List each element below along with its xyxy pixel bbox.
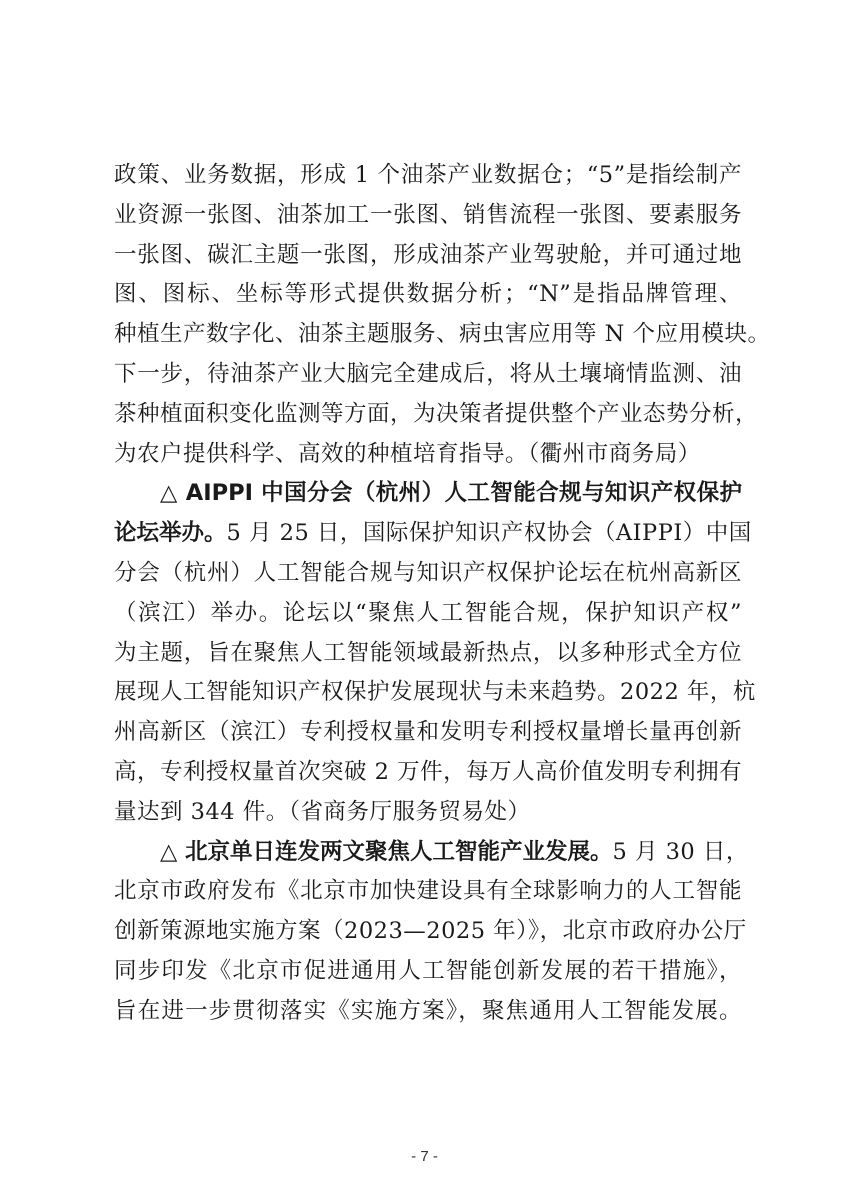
text-line: 分会（杭州）人工智能合规与知识产权保护论坛在杭州高新区: [114, 554, 742, 594]
paragraph-aippi-forum: △ AIPPI 中国分会（杭州）人工智能合规与知识产权保护 论坛举办。5 月 2…: [114, 474, 742, 832]
text-line: 下一步，待油茶产业大脑完全建成后，将从土壤墒情监测、油: [114, 355, 742, 395]
page-number: - 7 -: [0, 1148, 849, 1165]
headline-line: △ AIPPI 中国分会（杭州）人工智能合规与知识产权保护: [114, 474, 742, 514]
document-page: 政策、业务数据，形成 1 个油茶产业数据仓；“5”是指绘制产 业资源一张图、油茶…: [0, 0, 849, 1200]
text-line: （滨江）举办。论坛以“聚焦人工智能合规，保护知识产权”: [114, 594, 742, 634]
text-line: 创新策源地实施方案（2023—2025 年）》，北京市政府办公厅: [114, 912, 742, 952]
text-line: 一张图、碳汇主题一张图，形成油茶产业驾驶舱，并可通过地: [114, 236, 742, 276]
headline-text: 论坛举办。: [114, 520, 227, 546]
text-line: 展现人工智能知识产权保护发展现状与未来趋势。2022 年，杭: [114, 673, 742, 713]
text-line: 为主题，旨在聚焦人工智能领域最新热点，以多种形式全方位: [114, 634, 742, 674]
text-line: 茶种植面积变化监测等方面，为决策者提供整个产业态势分析，: [114, 395, 742, 435]
text-line: 州高新区（滨江）专利授权量和发明专利授权量增长量再创新: [114, 713, 742, 753]
headline-text: 北京单日连发两文聚焦人工智能产业发展。: [185, 839, 613, 865]
text-line: 北京市政府发布《北京市加快建设具有全球影响力的人工智能: [114, 872, 742, 912]
document-body: 政策、业务数据，形成 1 个油茶产业数据仓；“5”是指绘制产 业资源一张图、油茶…: [114, 156, 742, 1032]
triangle-bullet-icon: △: [160, 839, 177, 865]
text-line: 业资源一张图、油茶加工一张图、销售流程一张图、要素服务: [114, 196, 742, 236]
text-line: 高，专利授权量首次突破 2 万件，每万人高价值发明专利拥有: [114, 753, 742, 793]
text-line: 图、图标、坐标等形式提供数据分析；“N”是指品牌管理、: [114, 275, 742, 315]
body-text: 5 月 30 日，: [612, 839, 748, 865]
text-line: 为农户提供科学、高效的种植培育指导。（衢州市商务局）: [114, 435, 742, 475]
text-line: 论坛举办。5 月 25 日，国际保护知识产权协会（AIPPI）中国: [114, 514, 742, 554]
headline-line: △ 北京单日连发两文聚焦人工智能产业发展。5 月 30 日，: [114, 833, 742, 873]
text-line: 政策、业务数据，形成 1 个油茶产业数据仓；“5”是指绘制产: [114, 156, 742, 196]
text-line: 旨在进一步贯彻落实《实施方案》，聚焦通用人工智能发展。: [114, 992, 742, 1032]
text-line: 量达到 344 件。（省商务厅服务贸易处）: [114, 793, 742, 833]
paragraph-oil-tea-brain: 政策、业务数据，形成 1 个油茶产业数据仓；“5”是指绘制产 业资源一张图、油茶…: [114, 156, 742, 474]
text-line: 同步印发《北京市促进通用人工智能创新发展的若干措施》，: [114, 952, 742, 992]
body-text: 5 月 25 日，国际保护知识产权协会（AIPPI）中国: [227, 520, 752, 546]
triangle-bullet-icon: △: [160, 480, 178, 506]
headline-text: AIPPI 中国分会（杭州）人工智能合规与知识产权保护: [186, 480, 742, 506]
text-line: 种植生产数字化、油茶主题服务、病虫害应用等 N 个应用模块。: [114, 315, 742, 355]
paragraph-beijing-ai: △ 北京单日连发两文聚焦人工智能产业发展。5 月 30 日， 北京市政府发布《北…: [114, 833, 742, 1032]
